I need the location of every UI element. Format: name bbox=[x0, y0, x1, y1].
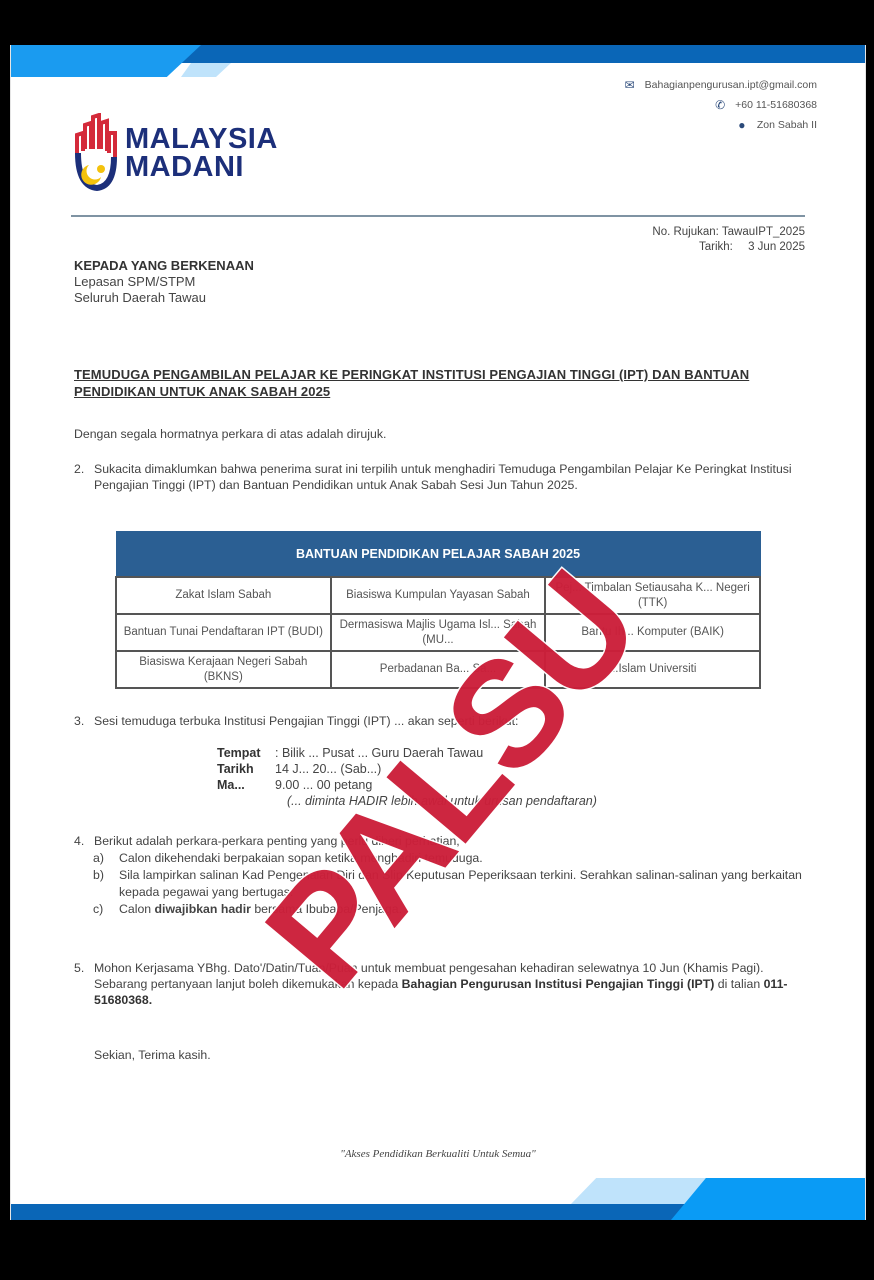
table-cell: Biasiswa Kerajaan Negeri Sabah (BKNS) bbox=[116, 651, 331, 688]
letter-page: ✉Bahagianpengurusan.ipt@gmail.com ✆+60 1… bbox=[10, 45, 866, 1220]
ref-value: TawauIPT_2025 bbox=[722, 226, 805, 238]
closing: Sekian, Terima kasih. bbox=[94, 1047, 211, 1063]
recipient-line3: Seluruh Daerah Tawau bbox=[74, 290, 254, 306]
envelope-icon: ✉ bbox=[623, 75, 637, 95]
reference-block: No. Rujukan: TawauIPT_2025 Tarikh: 3 Jun… bbox=[652, 225, 805, 255]
map-pin-icon: ● bbox=[735, 115, 749, 135]
para2-text: Sukacita dimaklumkan bahwa penerima sura… bbox=[94, 461, 814, 493]
venue-label: Tempat bbox=[217, 745, 275, 761]
footer-band bbox=[11, 1178, 865, 1220]
recipient-line2: Lepasan SPM/STPM bbox=[74, 274, 254, 290]
para3-number: 3. bbox=[74, 713, 94, 729]
para5-number: 5. bbox=[74, 960, 94, 1008]
logo-line2: MADANI bbox=[125, 153, 278, 181]
contact-email: Bahagianpengurusan.ipt@gmail.com bbox=[645, 75, 817, 95]
paragraph-2: 2.Sukacita dimaklumkan bahwa penerima su… bbox=[74, 461, 814, 493]
date-label: Tarikh: bbox=[699, 241, 733, 253]
contact-info: ✉Bahagianpengurusan.ipt@gmail.com ✆+60 1… bbox=[623, 75, 817, 135]
logo-line1: MALAYSIA bbox=[125, 125, 278, 153]
time-label: Ma... bbox=[217, 777, 275, 793]
contact-phone: +60 11-51680368 bbox=[735, 95, 817, 115]
malaysia-madani-logo: MALAYSIA MADANI bbox=[73, 113, 278, 193]
table-cell: Bantuan Tunai Pendaftaran IPT (BUDI) bbox=[116, 614, 331, 651]
contact-location: Zon Sabah II bbox=[757, 115, 817, 135]
recipient-line1: KEPADA YANG BERKENAAN bbox=[74, 258, 254, 274]
letter-subject: TEMUDUGA PENGAMBILAN PELAJAR KE PERINGKA… bbox=[74, 366, 808, 400]
para4-number: 4. bbox=[74, 833, 94, 849]
date-label: Tarikh bbox=[217, 761, 275, 777]
header-band bbox=[11, 45, 865, 77]
para2-number: 2. bbox=[74, 461, 94, 493]
madani-hand-icon bbox=[73, 113, 119, 193]
motto: "Akses Pendidikan Berkualiti Untuk Semua… bbox=[11, 1148, 865, 1160]
salutation: Dengan segala hormatnya perkara di atas … bbox=[74, 426, 386, 442]
ref-label: No. Rujukan: bbox=[652, 226, 718, 238]
table-header: BANTUAN PENDIDIKAN PELAJAR SABAH 2025 bbox=[116, 532, 760, 578]
recipient-block: KEPADA YANG BERKENAAN Lepasan SPM/STPM S… bbox=[74, 258, 254, 306]
paragraph-5: 5. Mohon Kerjasama YBhg. Dato'/Datin/Tua… bbox=[74, 960, 814, 1008]
header-divider bbox=[71, 215, 805, 217]
date-value: 3 Jun 2025 bbox=[748, 241, 805, 253]
phone-icon: ✆ bbox=[713, 95, 727, 115]
table-cell: Zakat Islam Sabah bbox=[116, 577, 331, 614]
